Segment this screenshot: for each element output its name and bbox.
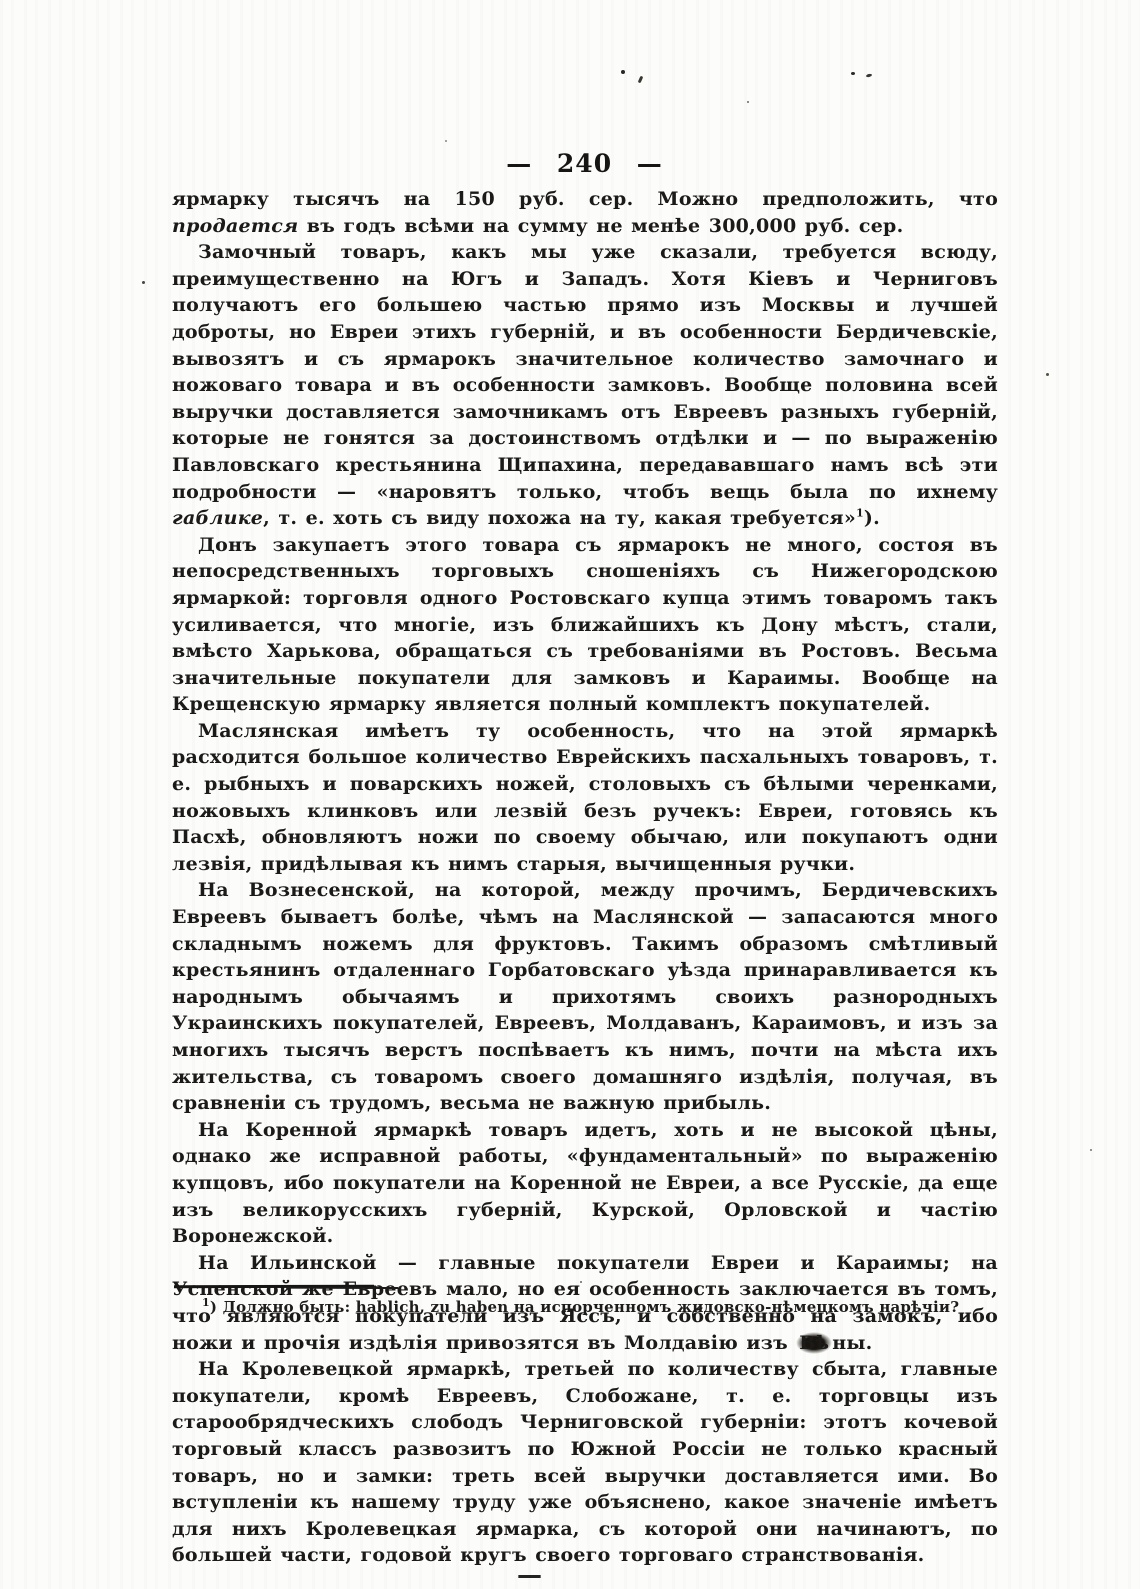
book-page-scan: — 240 — ярмарку тысячъ на 150 руб. сер. … bbox=[0, 0, 1140, 1589]
scan-speck bbox=[851, 72, 855, 75]
text-block: ярмарку тысячъ на 150 руб. сер. Можно пр… bbox=[172, 186, 998, 1569]
body-paragraph: Донъ закупаетъ этого товара съ ярмарокъ … bbox=[172, 532, 998, 718]
scan-speck bbox=[1090, 1149, 1092, 1151]
scan-speck bbox=[747, 101, 749, 103]
page-number: — 240 — bbox=[172, 149, 997, 178]
scan-speck bbox=[638, 76, 644, 84]
body-paragraph: Замочный товаръ, какъ мы уже сказали, тр… bbox=[172, 239, 998, 532]
scan-speck bbox=[621, 70, 625, 74]
footnote: 1) Должно быть: hablich, zu haben на исп… bbox=[172, 1297, 1012, 1318]
body-paragraph: На Кролевецкой ярмаркѣ, третьей по колич… bbox=[172, 1356, 998, 1569]
scan-speck bbox=[1046, 373, 1049, 376]
body-paragraph: ярмарку тысячъ на 150 руб. сер. Можно пр… bbox=[172, 186, 998, 239]
scan-speck bbox=[445, 140, 447, 142]
body-paragraph: На Коренной ярмаркѣ товаръ идетъ, хоть и… bbox=[172, 1117, 998, 1250]
signature-mark: — bbox=[517, 1560, 540, 1589]
scan-speck bbox=[142, 281, 145, 284]
body-paragraph: Маслянская имѣетъ ту особенность, что на… bbox=[172, 718, 998, 878]
footnote-separator-rule bbox=[174, 1285, 374, 1288]
body-paragraph: На Вознесенской, на которой, между прочи… bbox=[172, 877, 998, 1116]
scan-speck bbox=[866, 73, 873, 77]
